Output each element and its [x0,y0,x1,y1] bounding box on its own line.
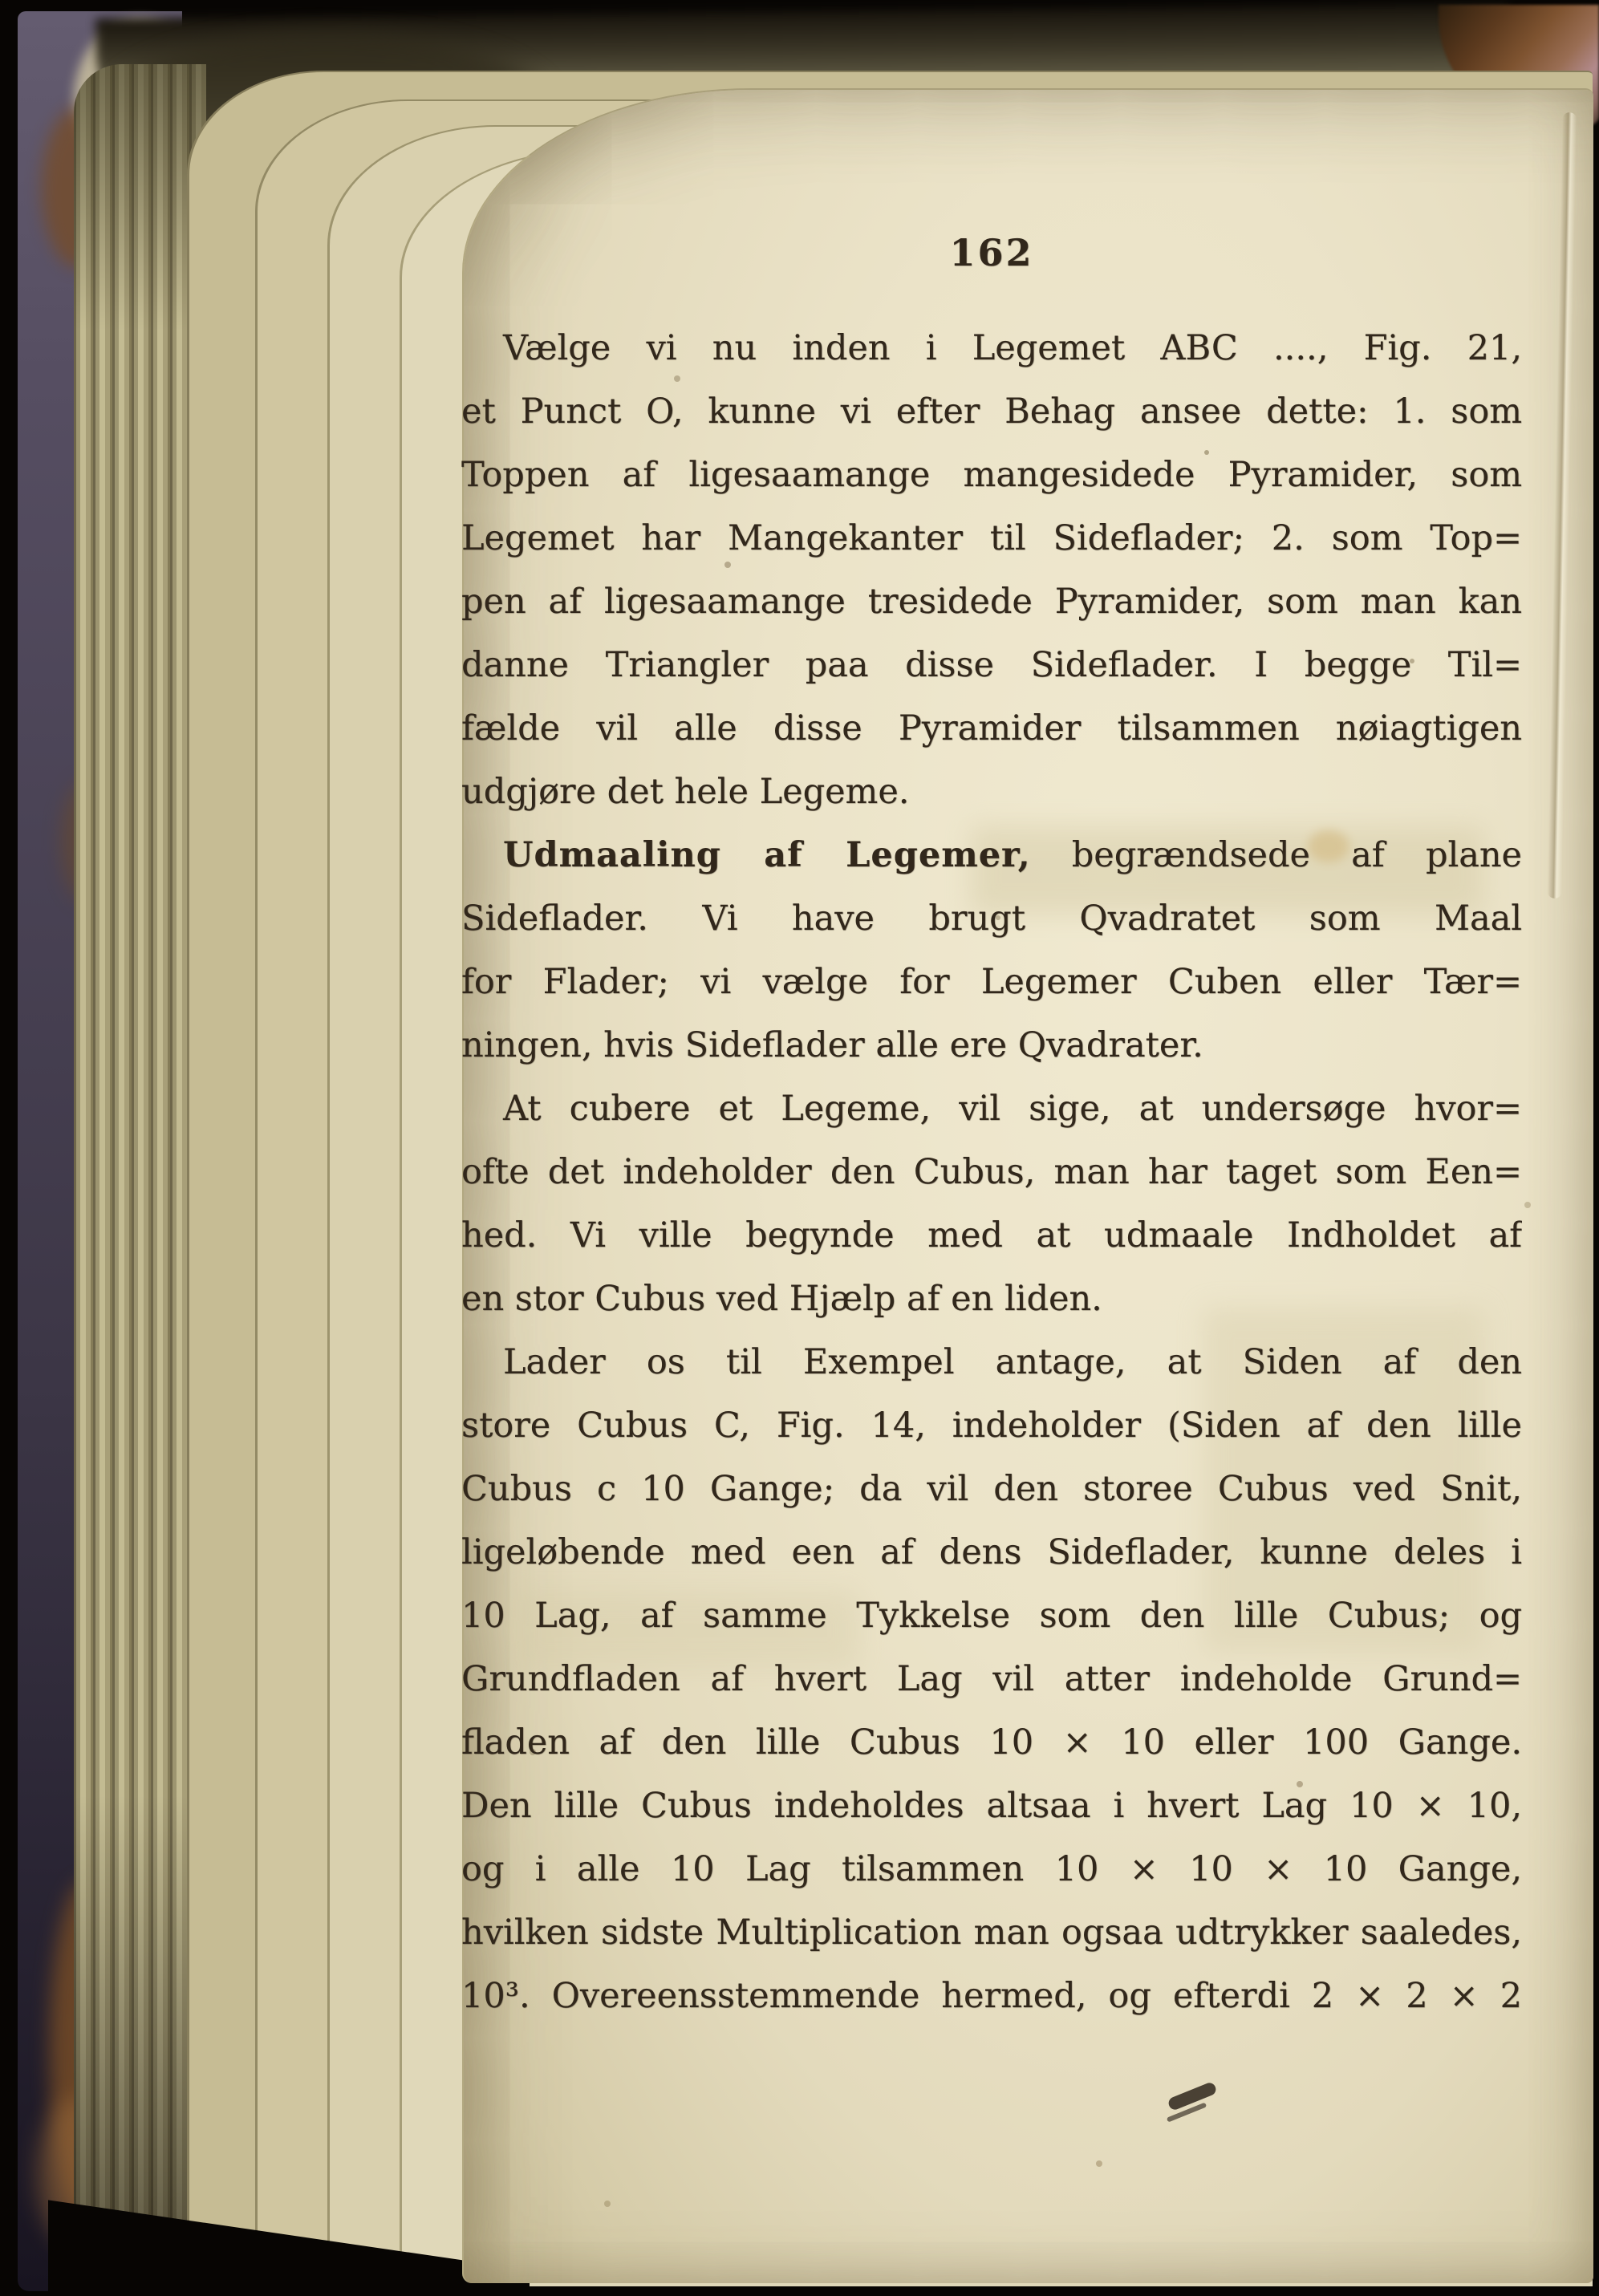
text-line: et Punct O, kunne vi efter Behag ansee d… [461,380,1522,444]
body-text: Vælge vi nu inden i Legemet ABC ...., Fi… [461,317,1522,2028]
text-line: Toppen af ligesaamange mangesidede Pyram… [461,444,1522,507]
text-line: hvilken sidste Multiplication man ogsaa … [461,1901,1522,1965]
text-line: Den lille Cubus indeholdes altsaa i hver… [461,1775,1522,1838]
text-line: fælde vil alle disse Pyramider tilsammen… [461,697,1522,761]
emphasized-phrase: Udmaaling af Legemer, [503,835,1031,875]
text-line: Cubus c 10 Gange; da vil den storee Cubu… [461,1458,1522,1521]
text-line: danne Triangler paa disse Sideflader. I … [461,634,1522,697]
text-line: ofte det indeholder den Cubus, man har t… [461,1141,1522,1204]
text-line: store Cubus C, Fig. 14, indeholder (Side… [461,1394,1522,1458]
text-line: for Flader; vi vælge for Legemer Cuben e… [461,951,1522,1014]
text-line: Sideflader. Vi have brugt Qvadratet som … [461,887,1522,951]
text-line: fladen af den lille Cubus 10 × 10 eller … [461,1711,1522,1775]
page-number: 162 [461,229,1522,277]
text-line: At cubere et Legeme, vil sige, at unders… [461,1077,1522,1141]
text-line-rest: begrændsede af plane [1031,835,1522,875]
text-line: Legemet har Mangekanter til Sideflader; … [461,507,1522,570]
text-line: hed. Vi ville begynde med at udmaale Ind… [461,1204,1522,1268]
text-line: en stor Cubus ved Hjælp af en liden. [461,1268,1522,1331]
text-line: 10 Lag, af samme Tykkelse som den lille … [461,1584,1522,1648]
book-photo-scene: 162 Vælge vi nu inden i Legemet ABC ....… [0,0,1599,2296]
text-line: udgjøre det hele Legeme. [461,761,1522,824]
text-line: ligeløbende med een af dens Sideflader, … [461,1521,1522,1584]
text-line: ningen, hvis Sideflader alle ere Qvadrat… [461,1014,1522,1077]
paper-speckles [0,0,3,3]
text-line: Lader os til Exempel antage, at Siden af… [461,1331,1522,1394]
text-line-emphasized: Udmaaling af Legemer, begrændsede af pla… [461,824,1522,887]
page-text-block: 162 Vælge vi nu inden i Legemet ABC ....… [461,229,1522,2028]
text-line: og i alle 10 Lag tilsammen 10 × 10 × 10 … [461,1838,1522,1901]
text-line: Grundfladen af hvert Lag vil atter indeh… [461,1648,1522,1711]
text-line: Vælge vi nu inden i Legemet ABC ...., Fi… [461,317,1522,380]
text-line: 10³. Overeensstemmende hermed, og efterd… [461,1965,1522,2028]
text-line: pen af ligesaamange tresidede Pyramider,… [461,570,1522,634]
